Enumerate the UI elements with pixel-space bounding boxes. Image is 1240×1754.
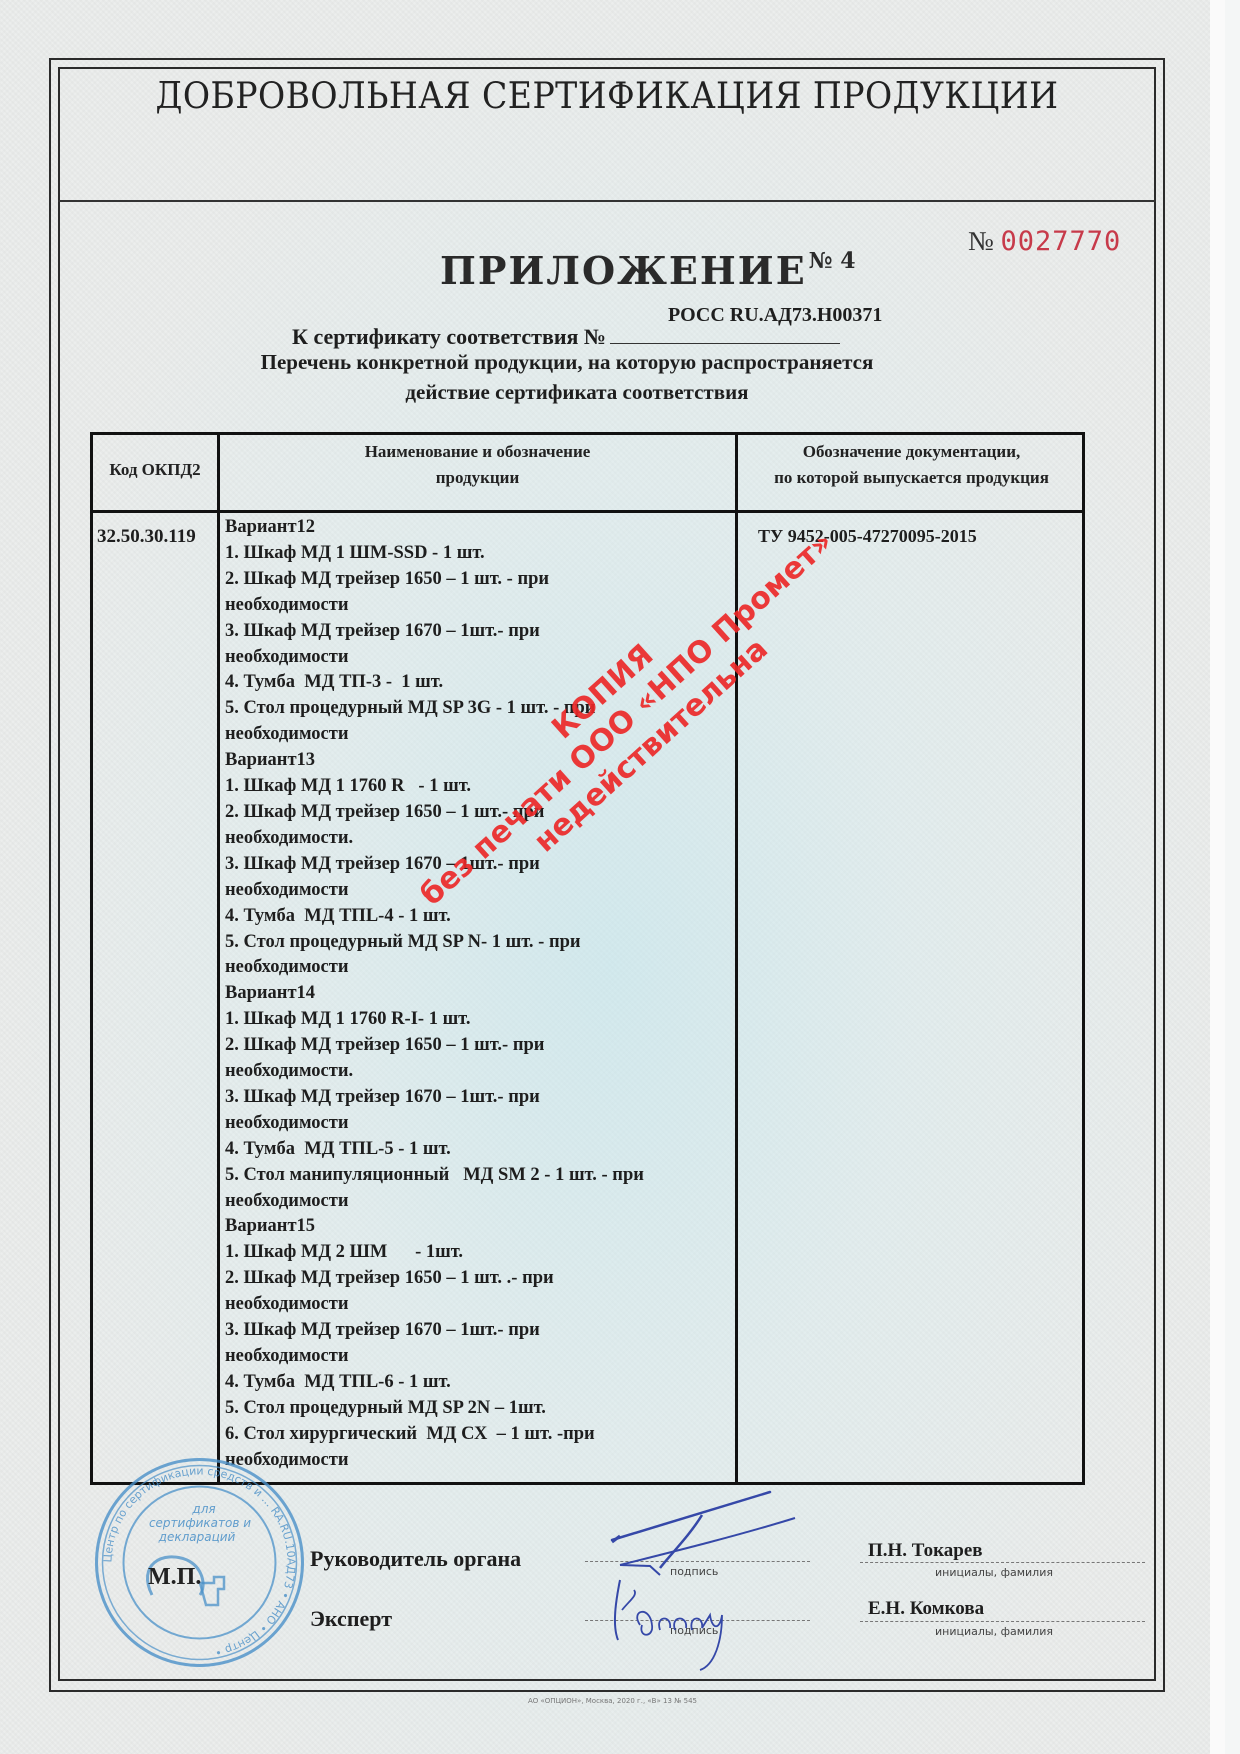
product-line: необходимости. — [225, 1059, 730, 1085]
product-line: 4. Тумба МД ТП-3 - 1 шт. — [225, 670, 730, 696]
documentation-code: ТУ 9452-005-47270095-2015 — [758, 526, 977, 547]
form-number: № 0027770 — [968, 226, 1121, 257]
product-line: 3. Шкаф МД трейзер 1670 – 1шт.- при — [225, 1085, 730, 1111]
column-divider — [217, 435, 220, 1482]
svg-text:деклараций: деклараций — [158, 1530, 236, 1544]
product-line: необходимости — [225, 593, 730, 619]
product-line: необходимости. — [225, 826, 730, 852]
form-number-value: 0027770 — [1001, 226, 1122, 257]
subtitle-line1: Перечень конкретной продукции, на котору… — [18, 350, 1116, 375]
product-line: 5. Стол манипуляционный МД SM 2 - 1 шт. … — [225, 1163, 730, 1189]
product-line: 2. Шкаф МД трейзер 1650 – 1 шт. - при — [225, 567, 730, 593]
title-separator — [58, 200, 1156, 202]
svg-text:сертификатов и: сертификатов и — [149, 1516, 251, 1530]
svg-text:для: для — [191, 1502, 215, 1516]
head-signature-caption: подпись — [670, 1565, 718, 1578]
header-code: Код ОКПД2 — [93, 457, 217, 483]
product-line: 2. Шкаф МД трейзер 1650 – 1 шт.- при — [225, 800, 730, 826]
header-docs-line2: по которой выпускается продукция — [738, 465, 1085, 491]
column-divider — [735, 435, 738, 1482]
variant-heading: Вариант12 — [225, 515, 730, 541]
certificate-number-blank — [610, 325, 840, 344]
variant-heading: Вариант13 — [225, 748, 730, 774]
product-line: 6. Стол хирургический МД СХ – 1 шт. -при — [225, 1422, 730, 1448]
product-line: 2. Шкаф МД трейзер 1650 – 1 шт. .- при — [225, 1266, 730, 1292]
products-table: Код ОКПД2 Наименование и обозначение про… — [90, 432, 1085, 1485]
printer-note: АО «ОПЦИОН», Москва, 2020 г., «В» 13 № 5… — [0, 1697, 1225, 1705]
header-name-line1: Наименование и обозначение — [220, 439, 735, 465]
head-name-caption: инициалы, фамилия — [935, 1566, 1053, 1579]
product-line: необходимости — [225, 878, 730, 904]
stamp-place-label: М.П. — [148, 1564, 201, 1591]
expert-name-caption: инициалы, фамилия — [935, 1625, 1053, 1638]
header-name: Наименование и обозначение продукции — [220, 439, 735, 491]
header-docs: Обозначение документации, по которой вып… — [738, 439, 1085, 491]
header-docs-line1: Обозначение документации, — [738, 439, 1085, 465]
product-line: необходимости — [225, 1344, 730, 1370]
product-line: 3. Шкаф МД трейзер 1670 – 1шт.- при — [225, 619, 730, 645]
product-line: 4. Тумба МД ТПL-5 - 1 шт. — [225, 1137, 730, 1163]
subtitle-line2: действие сертификата соответствия — [28, 380, 1126, 405]
product-line: 5. Стол процедурный МД SP N- 1 шт. - при — [225, 930, 730, 956]
product-line: 3. Шкаф МД трейзер 1670 – 1шт.- при — [225, 1318, 730, 1344]
product-list: Вариант121. Шкаф МД 1 ШМ-SSD - 1 шт.2. Ш… — [225, 515, 730, 1474]
expert-name: Е.Н. Комкова — [868, 1598, 984, 1620]
appendix-number: № 4 — [809, 248, 856, 274]
appendix-title-text: ПРИЛОЖЕНИЕ — [440, 248, 807, 293]
product-line: 1. Шкаф МД 1 ШМ-SSD - 1 шт. — [225, 541, 730, 567]
product-line: необходимости — [225, 1111, 730, 1137]
to-certificate-text: К сертификату соответствия № — [292, 324, 606, 349]
seal-stamp-icon: Центр по сертификации средств и ... RA.R… — [92, 1455, 307, 1670]
expert-signature-caption: подпись — [670, 1624, 718, 1637]
product-line: 1. Шкаф МД 1 1760 R - 1 шт. — [225, 774, 730, 800]
product-line: необходимости — [225, 955, 730, 981]
head-signature-line — [585, 1561, 810, 1562]
product-line: необходимости — [225, 1292, 730, 1318]
product-line: 4. Тумба МД ТПL-6 - 1 шт. — [225, 1370, 730, 1396]
appendix-title: ПРИЛОЖЕНИЕ№ 4 — [440, 248, 856, 293]
header-title: ДОБРОВОЛЬНАЯ СЕРТИФИКАЦИЯ ПРОДУКЦИИ — [102, 76, 1112, 117]
product-line: 2. Шкаф МД трейзер 1650 – 1 шт.- при — [225, 1033, 730, 1059]
product-line: необходимости — [225, 645, 730, 671]
expert-label: Эксперт — [310, 1606, 392, 1632]
form-number-prefix: № — [968, 226, 994, 256]
svg-text:Центр по сертификации средств: Центр по сертификации средств и ... RA.R… — [101, 1464, 297, 1659]
expert-name-line — [860, 1621, 1145, 1622]
head-name: П.Н. Токарев — [868, 1540, 983, 1562]
product-line: 5. Стол процедурный МД SP 2N – 1шт. — [225, 1396, 730, 1422]
header-name-line2: продукции — [220, 465, 735, 491]
product-line: 1. Шкаф МД 1 1760 R-I- 1 шт. — [225, 1007, 730, 1033]
expert-signature-line — [585, 1620, 810, 1621]
product-line: 3. Шкаф МД трейзер 1670 – 1шт.- при — [225, 852, 730, 878]
to-certificate-label: К сертификату соответствия № — [292, 324, 840, 350]
variant-heading: Вариант15 — [225, 1214, 730, 1240]
certificate-page: ДОБРОВОЛЬНАЯ СЕРТИФИКАЦИЯ ПРОДУКЦИИ № 00… — [0, 0, 1225, 1754]
product-line: 1. Шкаф МД 2 ШМ - 1шт. — [225, 1240, 730, 1266]
product-line: необходимости — [225, 722, 730, 748]
paper-edge — [1210, 0, 1225, 1754]
variant-heading: Вариант14 — [225, 981, 730, 1007]
header-divider — [93, 510, 1082, 513]
head-label: Руководитель органа — [310, 1546, 521, 1572]
product-line: необходимости — [225, 1189, 730, 1215]
head-name-line — [860, 1562, 1145, 1563]
product-line: 4. Тумба МД ТПL-4 - 1 шт. — [225, 904, 730, 930]
product-line: 5. Стол процедурный МД SP 3G - 1 шт. - п… — [225, 696, 730, 722]
okpd2-code: 32.50.30.119 — [97, 526, 196, 548]
